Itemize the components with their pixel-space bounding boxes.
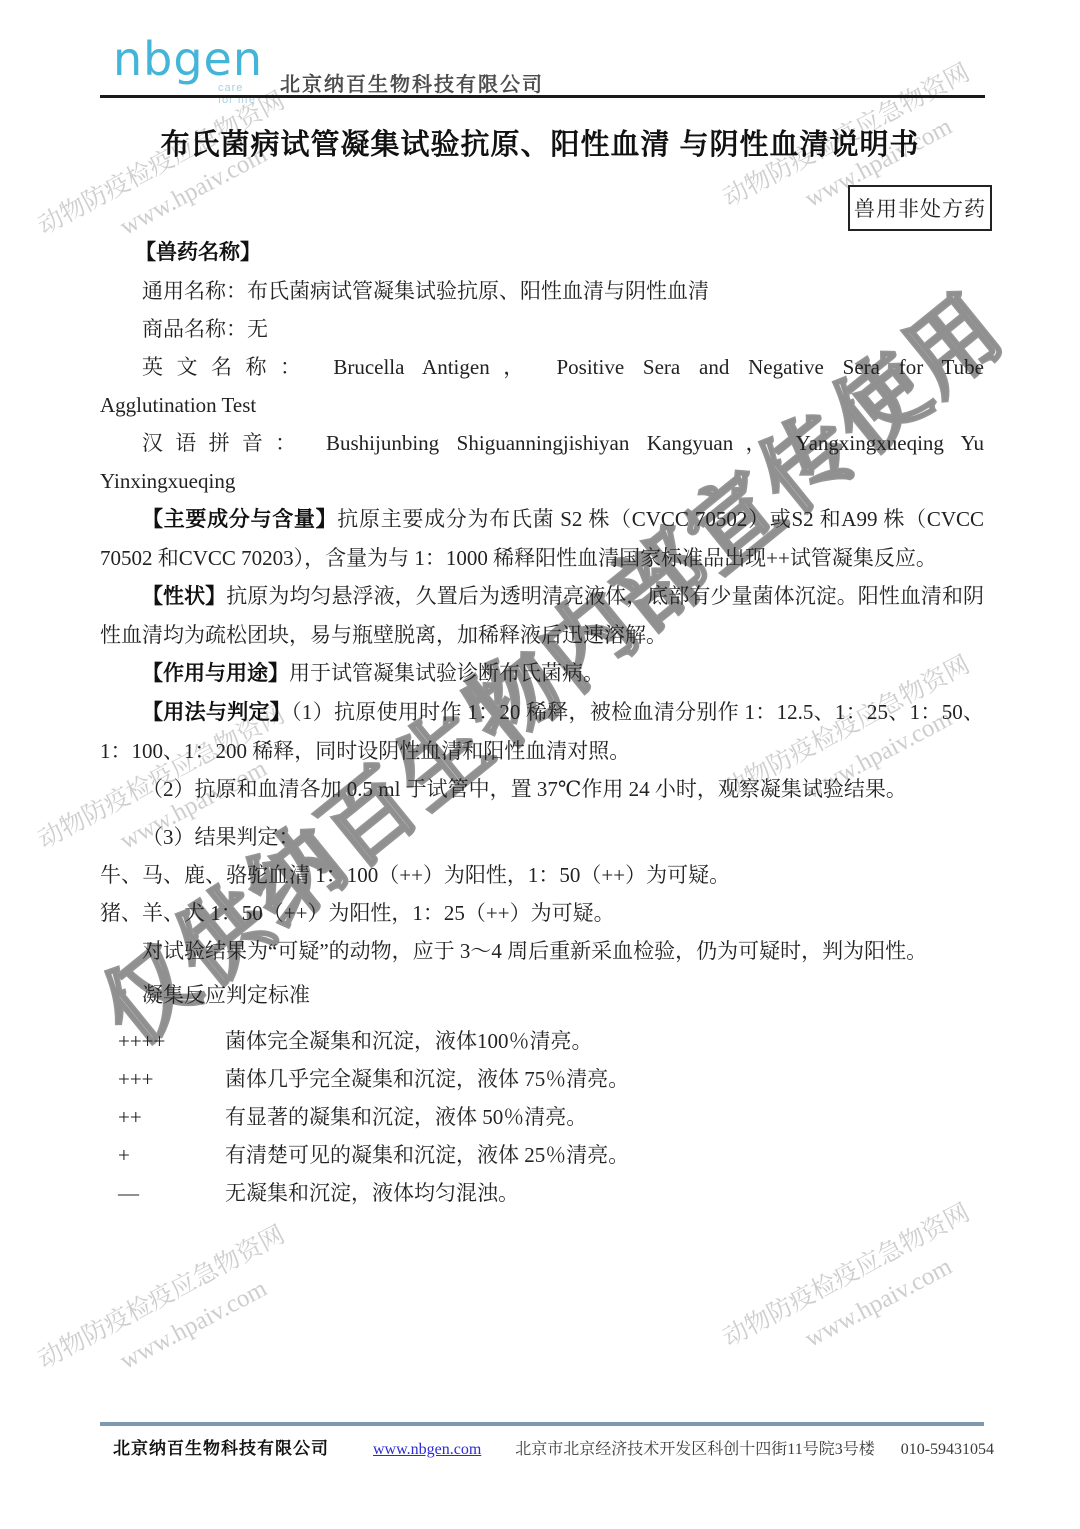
standard-text: 有显著的凝集和沉淀，液体 50％清亮。 xyxy=(225,1098,984,1136)
site-watermark-text: 动物防疫检疫应急物资网 xyxy=(33,1220,289,1374)
otc-badge: 兽用非处方药 xyxy=(848,185,992,231)
document-page: 动物防疫检疫应急物资网 www.hpaiv.com 动物防疫检疫应急物资网 ww… xyxy=(0,0,1080,1529)
properties-text: 抗原为均匀悬浮液，久置后为透明清亮液体，底部有少量菌体沉淀。阳性血清和阴性血清均… xyxy=(100,584,984,647)
standard-symbol: ++++ xyxy=(118,1022,225,1060)
section-composition: 【主要成分与含量】抗原主要成分为布氏菌 S2 株（CVCC 70502）或S2 … xyxy=(100,500,984,577)
composition-label: 【主要成分与含量】 xyxy=(142,508,337,531)
footer-website-link[interactable]: www.nbgen.com xyxy=(373,1441,481,1459)
list-item: ++++ 菌体完全凝集和沉淀，液体100％清亮。 xyxy=(100,1022,984,1060)
standard-symbol: +++ xyxy=(118,1060,225,1098)
footer: 北京纳百生物科技有限公司 www.nbgen.com 北京市北京经济技术开发区科… xyxy=(113,1434,993,1459)
site-watermark-text: 动物防疫检疫应急物资网 xyxy=(33,86,289,240)
header-company-name: 北京纳百生物科技有限公司 xyxy=(280,68,544,97)
method-label: 【用法与判定】 xyxy=(142,701,291,724)
trade-name: 商品名称：无 xyxy=(100,310,984,348)
agglutination-standards-list: ++++ 菌体完全凝集和沉淀，液体100％清亮。 +++ 菌体几乎完全凝集和沉淀… xyxy=(100,1022,984,1212)
footer-divider xyxy=(100,1422,984,1426)
footer-phone: 010-59431054 xyxy=(901,1441,994,1459)
result-suspect-rule: 对试验结果为“可疑”的动物，应于 3～4 周后重新采血检验，仍为可疑时，判为阳性… xyxy=(100,932,984,970)
list-item: + 有清楚可见的凝集和沉淀，液体 25％清亮。 xyxy=(100,1136,984,1174)
standard-text: 无凝集和沉淀，液体均匀混浊。 xyxy=(225,1174,984,1212)
generic-name: 通用名称：布氏菌病试管凝集试验抗原、阳性血清与阴性血清 xyxy=(100,272,984,310)
standard-symbol: — xyxy=(118,1174,225,1212)
page-title: 布氏菌病试管凝集试验抗原、阳性血清 与阴性血清说明书 xyxy=(0,122,1080,163)
english-name-line1: 英文名称： Brucella Antigen， Positive Sera an… xyxy=(100,348,984,386)
standards-title: 凝集反应判定标准 xyxy=(100,976,984,1014)
standard-text: 菌体完全凝集和沉淀，液体100％清亮。 xyxy=(225,1022,984,1060)
company-logo: nbgen care for life xyxy=(113,36,263,82)
usage-text: 用于试管凝集试验诊断布氏菌病。 xyxy=(289,661,604,685)
result-judgement-heading: （3）结果判定： xyxy=(100,818,984,856)
usage-label: 【作用与用途】 xyxy=(142,662,289,685)
site-watermark-url: www.hpaiv.com xyxy=(734,1203,1044,1393)
section-usage: 【作用与用途】用于试管凝集试验诊断布氏菌病。 xyxy=(100,654,984,693)
english-name: 英文名称： Brucella Antigen， Positive Sera an… xyxy=(100,348,984,424)
result-large-animals: 牛、马、鹿、骆驼血清 1：100（++）为阳性，1：50（++）为可疑。 xyxy=(100,856,984,894)
result-small-animals: 猪、羊、犬 1：50（++）为阳性，1：25（++）为可疑。 xyxy=(100,894,984,932)
site-watermark-text: 动物防疫检疫应急物资网 xyxy=(718,1198,974,1352)
english-name-line2: Agglutination Test xyxy=(100,386,984,424)
method-step2: （2）抗原和血清各加 0.5 ml 于试管中，置 37℃作用 24 小时，观察凝… xyxy=(100,770,984,808)
header-divider xyxy=(100,95,985,98)
section-drug-name: 【兽药名称】 xyxy=(100,234,984,272)
list-item: — 无凝集和沉淀，液体均匀混浊。 xyxy=(100,1174,984,1212)
standard-text: 菌体几乎完全凝集和沉淀，液体 75％清亮。 xyxy=(225,1060,984,1098)
properties-label: 【性状】 xyxy=(142,585,226,608)
pinyin-name: 汉语拼音： Bushijunbing Shiguanningjishiyan K… xyxy=(100,424,984,500)
standard-text: 有清楚可见的凝集和沉淀，液体 25％清亮。 xyxy=(225,1136,984,1174)
footer-company-name: 北京纳百生物科技有限公司 xyxy=(113,1434,329,1459)
standard-symbol: ++ xyxy=(118,1098,225,1136)
standard-symbol: + xyxy=(118,1136,225,1174)
site-watermark: 动物防疫检疫应急物资网 www.hpaiv.com xyxy=(31,1189,360,1415)
logo-text: nbgen xyxy=(113,36,263,82)
footer-address: 北京市北京经济技术开发区科创十四街11号院3号楼 xyxy=(515,1436,874,1459)
list-item: +++ 菌体几乎完全凝集和沉淀，液体 75％清亮。 xyxy=(100,1060,984,1098)
section-method: 【用法与判定】（1）抗原使用时作 1：20 稀释，被检血清分别作 1：12.5、… xyxy=(100,693,984,770)
pinyin-line1: 汉语拼音： Bushijunbing Shiguanningjishiyan K… xyxy=(100,424,984,462)
list-item: ++ 有显著的凝集和沉淀，液体 50％清亮。 xyxy=(100,1098,984,1136)
pinyin-line2: Yinxingxueqing xyxy=(100,462,984,500)
logo-tagline: care for life xyxy=(218,82,263,106)
section-properties: 【性状】抗原为均匀悬浮液，久置后为透明清亮液体，底部有少量菌体沉淀。阳性血清和阴… xyxy=(100,577,984,654)
document-body: 【兽药名称】 通用名称：布氏菌病试管凝集试验抗原、阳性血清与阴性血清 商品名称：… xyxy=(100,234,984,1212)
site-watermark-url: www.hpaiv.com xyxy=(49,1225,359,1415)
